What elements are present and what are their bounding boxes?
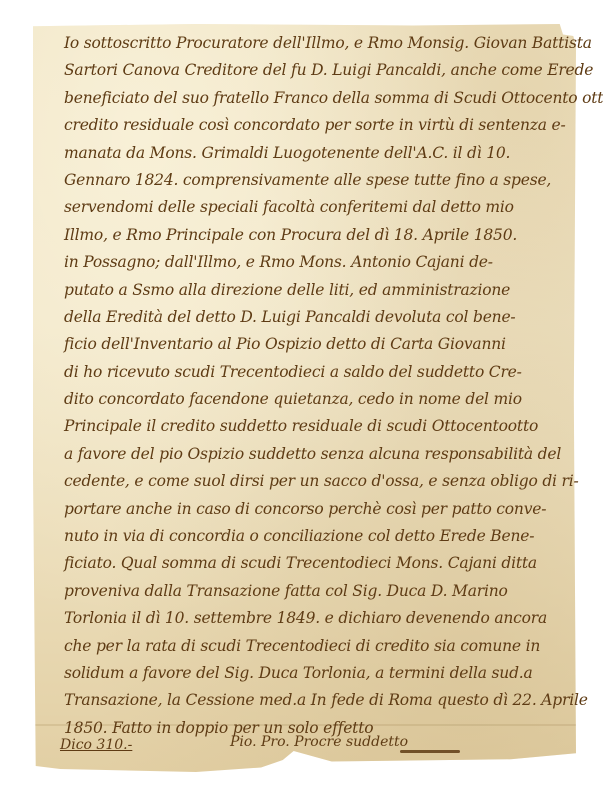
manuscript-line: ficiato. Qual somma di scudi Trecentodie… <box>64 550 574 577</box>
manuscript-body: Io sottoscritto Procuratore dell'Illmo, … <box>64 30 574 742</box>
manuscript-line: Principale il credito suddetto residuale… <box>64 413 574 440</box>
amount-note: Dico 310.- <box>60 737 132 753</box>
manuscript-line: proveniva dalla Transazione fatta col Si… <box>64 578 574 605</box>
manuscript-line: Illmo, e Rmo Principale con Procura del … <box>64 222 574 249</box>
manuscript-line: manata da Mons. Grimaldi Luogotenente de… <box>64 140 574 167</box>
manuscript-line: della Eredità del detto D. Luigi Pancald… <box>64 304 574 331</box>
manuscript-line: solidum a favore del Sig. Duca Torlonia,… <box>64 660 574 687</box>
manuscript-line: servendomi delle speciali facoltà confer… <box>64 194 574 221</box>
manuscript-line: Torlonia il dì 10. settembre 1849. e dic… <box>64 605 574 632</box>
manuscript-line: nuto in via di concordia o conciliazione… <box>64 523 574 550</box>
manuscript-line: Gennaro 1824. comprensivamente alle spes… <box>64 167 574 194</box>
signature: Pio. Pro. Procre suddetto <box>230 734 408 750</box>
manuscript-line: putato a Ssmo alla direzione delle liti,… <box>64 277 574 304</box>
manuscript-line: in Possagno; dall'Illmo, e Rmo Mons. Ant… <box>64 249 574 276</box>
manuscript-line: a favore del pio Ospizio suddetto senza … <box>64 441 574 468</box>
manuscript-line: beneficiato del suo fratello Franco dell… <box>64 85 574 112</box>
manuscript-line: ficio dell'Inventario al Pio Ospizio det… <box>64 331 574 358</box>
manuscript-line: Sartori Canova Creditore del fu D. Luigi… <box>64 57 574 84</box>
manuscript-line: di ho ricevuto scudi Trecentodieci a sal… <box>64 359 574 386</box>
manuscript-footer: Dico 310.- Pio. Pro. Procre suddetto <box>60 737 560 761</box>
manuscript-line: Transazione, la Cessione med.a In fede d… <box>64 687 574 714</box>
manuscript-line: che per la rata di scudi Trecentodieci d… <box>64 633 574 660</box>
manuscript-line: dito concordato facendone quietanza, ced… <box>64 386 574 413</box>
manuscript-line: portare anche in caso di concorso perchè… <box>64 496 574 523</box>
signature-flourish <box>400 750 460 753</box>
manuscript-line: Io sottoscritto Procuratore dell'Illmo, … <box>64 30 574 57</box>
manuscript-line: credito residuale così concordato per so… <box>64 112 574 139</box>
manuscript-line: cedente, e come suol dirsi per un sacco … <box>64 468 574 495</box>
